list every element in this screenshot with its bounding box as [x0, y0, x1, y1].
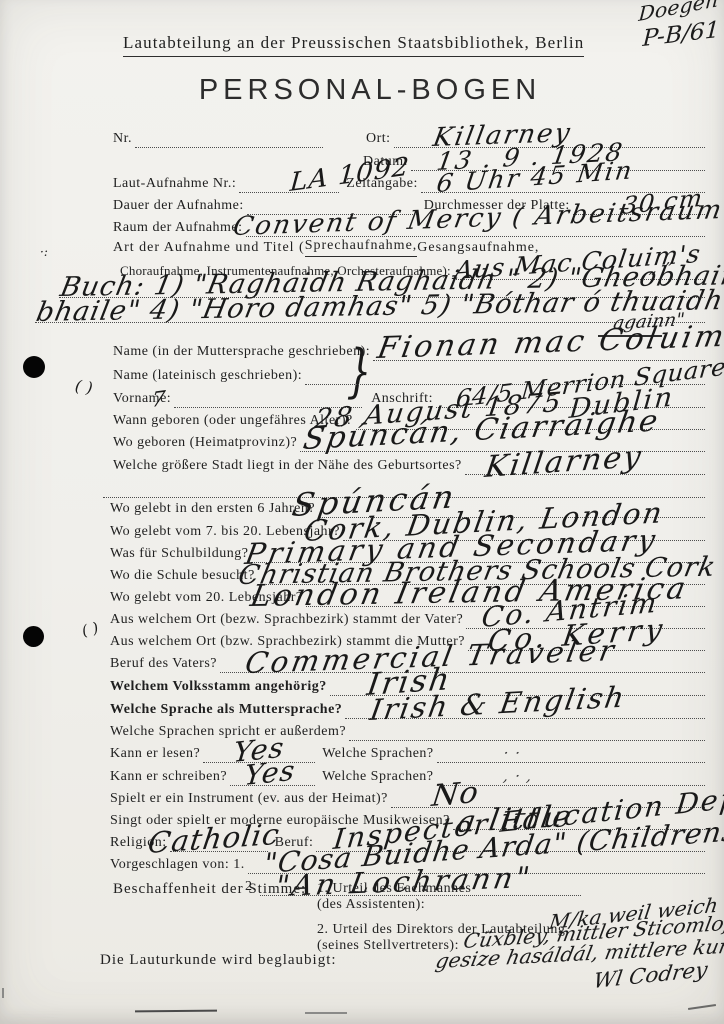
- pencil-mark-bottom: ( ): [80, 620, 100, 639]
- row-muttersprache: Welche Sprache als Muttersprache? Irish …: [110, 699, 708, 719]
- field-schule-label: Wo die Schule besucht?: [110, 567, 255, 585]
- page-title: PERSONAL-BOGEN: [50, 74, 690, 107]
- field-schreiben-label: Kann er schreiben?: [110, 768, 227, 786]
- stimme-urteil1-sub: (des Assistenten):: [317, 897, 425, 913]
- field-schreiben-value: Yes: [243, 757, 297, 790]
- row-name-mutter: Name (in der Muttersprache geschrieben):…: [113, 341, 708, 361]
- field-raum-label: Raum der Aufnahme:: [113, 219, 243, 237]
- field-stadt-value: Killarney: [483, 442, 645, 483]
- field-lesen-sprachen-line: [437, 748, 705, 763]
- hole-punch-top: [23, 356, 45, 378]
- field-vorname-value: 7: [151, 388, 167, 411]
- field-sprachen-sonst-line: [349, 726, 705, 741]
- field-nr-label: Nr.: [113, 130, 132, 148]
- field-muttersprache-label: Welche Sprache als Muttersprache?: [110, 701, 342, 719]
- institution-header: Lautabteilung an der Preussischen Staats…: [123, 33, 584, 57]
- field-dauer-label: Dauer der Aufnahme:: [113, 197, 244, 215]
- beglaubigt-label: Die Lauturkunde wird beglaubigt:: [100, 952, 337, 969]
- field-lautnr-label: Laut-Aufnahme Nr.:: [113, 175, 236, 193]
- field-lesen-sprachen-label: Welche Sprachen?: [322, 745, 433, 763]
- field-ort-label: Ort:: [366, 130, 391, 148]
- row-raum: Raum der Aufnahme: Convent of Mercy ( Ar…: [113, 217, 708, 237]
- field-beruf-vater-label: Beruf des Vaters?: [110, 655, 217, 673]
- hole-punch-bottom: [23, 626, 44, 647]
- field-art-label-pre: Art der Aufnahme und Titel (: [113, 239, 305, 257]
- pencil-mark-margin: ·:: [40, 246, 48, 258]
- field-vater-label: Aus welchem Ort (bezw. Sprachbezirk) sta…: [110, 611, 463, 629]
- scan-smudge-3: [688, 1004, 716, 1010]
- pencil-mark-top: ( ): [74, 378, 94, 396]
- row-sprachen-sonst: Welche Sprachen spricht er außerdem?: [110, 721, 708, 741]
- field-ersten6-label: Wo gelebt in den ersten 6 Jahren?: [110, 500, 315, 518]
- field-religion-value: Catholic: [146, 820, 282, 858]
- stimme-note-signature: Wl Codrey: [592, 959, 709, 992]
- field-schreiben-sprachen-label: Welche Sprachen?: [322, 768, 433, 786]
- field-schulbildung-label: Was für Schulbildung?: [110, 545, 248, 563]
- scan-smudge-1: [135, 1010, 217, 1013]
- row-titles-line2: bhaile" 4) "Horo damhas" 5) "Bóthar ó th…: [32, 297, 708, 323]
- field-lesen-sprachen-value: · ·: [502, 746, 523, 761]
- archive-code: P-B/61: [642, 19, 720, 51]
- scan-smudge-2: [305, 1012, 347, 1014]
- field-name-latein-label: Name (lateinisch geschrieben):: [113, 367, 302, 385]
- field-volksstamm-label: Welchem Volksstamm angehörig?: [110, 678, 327, 696]
- field-lesen-label: Kann er lesen?: [110, 745, 200, 763]
- row-stadt: Welche größere Stadt liegt in der Nähe d…: [113, 455, 708, 475]
- field-art-label-underlined: Sprechaufnahme,: [305, 237, 418, 257]
- row-lesen: Kann er lesen? Welche Sprachen? Yes · ·: [110, 743, 708, 763]
- field-stadt-label: Welche größere Stadt liegt in der Nähe d…: [113, 457, 462, 475]
- field-name-mutter-label: Name (in der Muttersprache geschrieben):: [113, 343, 370, 361]
- stimme-label: Beschaffenheit der Stimme:: [113, 881, 306, 898]
- field-schreiben-sprachen-value: ‚ · ‚: [502, 769, 534, 784]
- scan-smudge-4: [2, 988, 4, 998]
- field-instrument-label: Spielt er ein Instrument (ev. aus der He…: [110, 790, 388, 808]
- field-nr-line: [135, 133, 323, 148]
- personal-bogen-scan: ( ) ( ) ·: Lautabteilung an der Preussis…: [0, 0, 724, 1024]
- row-lautnr-zeit: Laut-Aufnahme Nr.: Zeitangabe: LA 1092 6…: [113, 173, 708, 193]
- field-heimatprovinz-label: Wo geboren (Heimatprovinz)?: [113, 434, 297, 452]
- stimme-urteil1: 1. Urteil des Fachmannes: [317, 881, 471, 897]
- row-schreiben: Kann er schreiben? Welche Sprachen? Yes …: [110, 766, 708, 786]
- field-sprachen-sonst-label: Welche Sprachen spricht er außerdem?: [110, 723, 346, 741]
- field-vorgeschlagen-label: Vorgeschlagen von: 1.: [110, 856, 245, 874]
